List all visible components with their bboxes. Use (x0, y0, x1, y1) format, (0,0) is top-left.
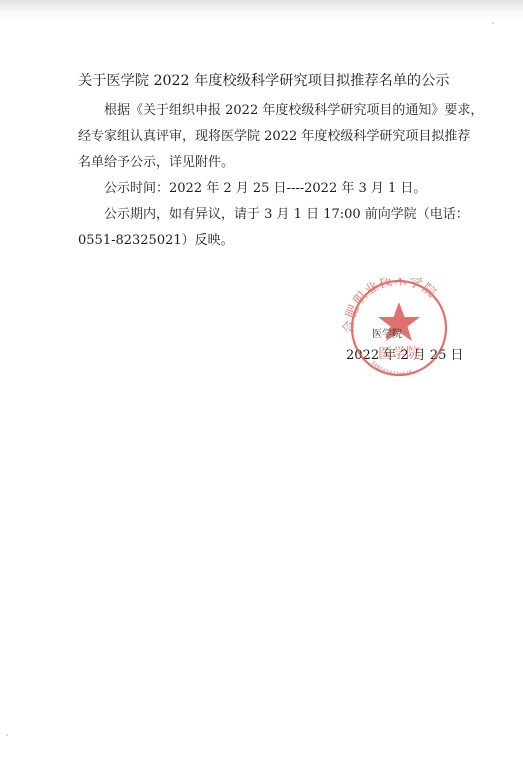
signature-department: 医学院 (372, 325, 402, 340)
svg-text:3401810116618: 3401810116618 (369, 360, 413, 377)
document-title: 关于医学院 2022 年度校级科学研究项目拟推荐名单的公示 (78, 70, 458, 90)
paragraph-line: 根据《关于组织申报 2022 年度校级科学研究项目的通知》要求， (78, 98, 452, 124)
seal-serial-number: 3401810116618 (369, 360, 413, 377)
paragraph-line: 经专家组认真评审，现将医学院 2022 年度校级科学研究项目拟推荐 (78, 124, 452, 150)
paragraph-intro: 根据《关于组织申报 2022 年度校级科学研究项目的通知》要求， 经专家组认真评… (78, 98, 452, 176)
document-page: 关于医学院 2022 年度校级科学研究项目拟推荐名单的公示 根据《关于组织申报 … (0, 0, 523, 768)
seal-inner-text: 医学院 (378, 346, 420, 362)
paragraph-line: 0551-82325021）反映。 (78, 228, 452, 254)
paragraph-objection-contact: 公示期内，如有异议，请于 3 月 1 日 17:00 前向学院（电话： 0551… (78, 202, 452, 254)
paragraph-line: 公示时间：2022 年 2 月 25 日----2022 年 3 月 1 日。 (78, 176, 452, 202)
paragraph-notice-period: 公示时间：2022 年 2 月 25 日----2022 年 3 月 1 日。 (78, 176, 452, 202)
paragraph-line: 名单给予公示，详见附件。 (78, 150, 452, 176)
paragraph-line: 公示期内，如有异议，请于 3 月 1 日 17:00 前向学院（电话： (78, 202, 452, 228)
scan-speck (6, 734, 8, 736)
scan-speck (492, 22, 494, 24)
